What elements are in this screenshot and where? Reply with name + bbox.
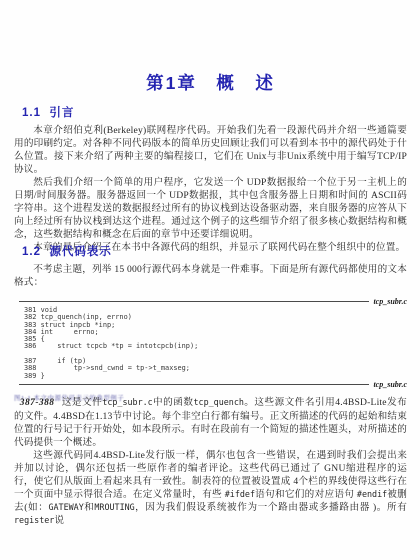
source-file-label-top: tcp_subr.c — [369, 297, 407, 306]
inline-code-mrouting: MROUTING — [94, 502, 134, 512]
paragraph-source-format: 不考虑主题，列举 15 000行源代码本身就是一件难事。下面是所有源代码都使用的… — [14, 263, 407, 289]
paragraph-intro-2: 然后我们介绍一个简单的用户程序，它发送一个 UDP数据报给一个位于另一主机上的日… — [14, 176, 407, 241]
section-1-2-commentary: 387-388这是文件tcp_subr.c中的函数tcp_quench。这些源文… — [14, 396, 407, 527]
text-run: 这是文件 — [62, 397, 103, 408]
paragraph-intro-1: 本章介绍伯克利(Berkeley)联网程序代码。开始我们先看一段源代码并介绍一些… — [14, 124, 407, 176]
code-listing-figure: tcp_subr.c 381 void 382 tcp_quench(inp, … — [14, 297, 407, 402]
horizontal-rule — [19, 301, 369, 302]
text-run: ，因为我们假设系统被作为一个路由器或多播路由器 )。所有 — [135, 502, 407, 513]
horizontal-rule — [19, 384, 369, 385]
book-page: 第1章 概 述 1.1 引言 本章介绍伯克利(Berkeley)联网程序代码。开… — [0, 0, 420, 560]
source-file-label-bottom: tcp_subr.c — [369, 380, 407, 389]
section-1-2-intro: 不考虑主题，列举 15 000行源代码本身就是一件难事。下面是所有源代码都使用的… — [14, 263, 407, 289]
section-1-1-body: 本章介绍伯克利(Berkeley)联网程序代码。开始我们先看一段源代码并介绍一些… — [14, 124, 407, 254]
text-run: 语句和它们的对应语句 — [255, 489, 357, 500]
section-heading-1-2: 1.2 源代码表示 — [22, 243, 112, 259]
inline-code-function: tcp_quench — [193, 397, 243, 407]
paragraph-code-notes: 这些源代码同4.4BSD-Lite发行版一样，偶尔也包含一些错误，在遇到时我们会… — [14, 449, 407, 527]
paragraph-line-commentary: 387-388这是文件tcp_subr.c中的函数tcp_quench。这些源文… — [14, 396, 407, 449]
listing-bottom-rule: tcp_subr.c — [19, 380, 407, 389]
text-run: 说 — [54, 515, 64, 526]
code-text: 381 void 382 tcp_quench(inp, errno) 383 … — [14, 307, 407, 380]
listing-top-rule: tcp_subr.c — [19, 297, 407, 306]
text-run: 中的函数 — [153, 397, 194, 408]
inline-code-endif: #endif — [357, 489, 387, 499]
line-range-ref: 387-388 — [20, 398, 62, 408]
inline-code-filename: tcp_subr.c — [102, 397, 152, 407]
chapter-title: 第1章 概 述 — [14, 70, 407, 95]
section-heading-1-1: 1.1 引言 — [22, 104, 74, 120]
inline-code-gateway: GATEWAY — [48, 502, 83, 512]
inline-code-register: register — [14, 515, 54, 525]
inline-code-ifdef: #ifdef — [225, 489, 255, 499]
text-run: 和 — [84, 502, 95, 513]
